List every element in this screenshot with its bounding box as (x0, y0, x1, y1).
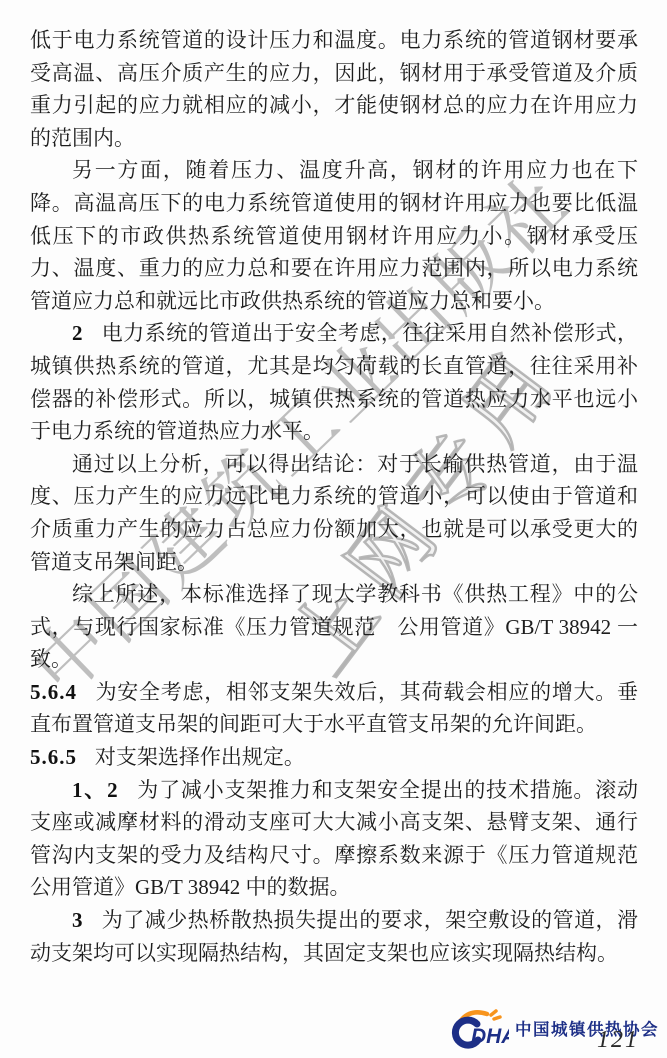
page-number: 121 (597, 1027, 639, 1054)
paragraph-text: 电力系统的管道出于安全考虑，往往采用自然补偿形式，城镇供热系统的管道，尤其是均匀… (30, 321, 638, 443)
paragraph-text: 为安全考虑，相邻支架失效后，其荷载会相应的增大。垂直布置管道支吊架的间距可大于水… (30, 680, 638, 737)
paragraph: 低于电力系统管道的设计压力和温度。电力系统的管道钢材要承受高温、高压介质产生的应… (30, 24, 638, 154)
logo-acronym-text: DHA (471, 1025, 509, 1048)
clause-number: 1、2 (72, 778, 119, 802)
paragraph-text: 通过以上分析，可以得出结论：对于长输供热管道，由于温度、压力产生的应力远比电力系… (30, 452, 638, 574)
clause-number: 5.6.4 (30, 680, 77, 704)
clause-number: 3 (72, 908, 84, 932)
paragraph-text: 低于电力系统管道的设计压力和温度。电力系统的管道钢材要承受高温、高压介质产生的应… (30, 28, 638, 150)
paragraph: 通过以上分析，可以得出结论：对于长输供热管道，由于温度、压力产生的应力远比电力系… (30, 448, 638, 578)
document-page: { "document": { "paragraphs": [ { "inden… (0, 0, 667, 1058)
paragraph: 另一方面，随着压力、温度升高，钢材的许用应力也在下降。高温高压下的电力系统管道使… (30, 154, 638, 317)
paragraph: 综上所述，本标准选择了现大学教科书《供热工程》中的公式，与现行国家标准《压力管道… (30, 578, 638, 676)
paragraph-text: 为了减少热桥散热损失提出的要求，架空敷设的管道，滑动支架均可以实现隔热结构，其固… (30, 908, 638, 965)
paragraph: 5.6.4为安全考虑，相邻支架失效后，其荷载会相应的增大。垂直布置管道支吊架的间… (30, 676, 638, 741)
paragraph: 2电力系统的管道出于安全考虑，往往采用自然补偿形式，城镇供热系统的管道，尤其是均… (30, 317, 638, 447)
cdha-logo-icon: DHA (451, 1007, 509, 1049)
paragraph: 3为了减少热桥散热损失提出的要求，架空敷设的管道，滑动支架均可以实现隔热结构，其… (30, 904, 638, 969)
paragraph: 5.6.5对支架选择作出规定。 (30, 741, 638, 774)
paragraph-text: 另一方面，随着压力、温度升高，钢材的许用应力也在下降。高温高压下的电力系统管道使… (30, 158, 638, 312)
clause-number: 5.6.5 (30, 745, 77, 769)
paragraph: 1、2为了减小支架推力和支架安全提出的技术措施。滚动支座或减摩材料的滑动支座可大… (30, 774, 638, 904)
document-body: 低于电力系统管道的设计压力和温度。电力系统的管道钢材要承受高温、高压介质产生的应… (30, 24, 638, 969)
clause-number: 2 (72, 321, 84, 345)
paragraph-text: 为了减小支架推力和支架安全提出的技术措施。滚动支座或减摩材料的滑动支座可大大减小… (30, 778, 659, 900)
paragraph-text: 对支架选择作出规定。 (95, 745, 305, 769)
paragraph-text: 综上所述，本标准选择了现大学教科书《供热工程》中的公式，与现行国家标准《压力管道… (30, 582, 638, 671)
